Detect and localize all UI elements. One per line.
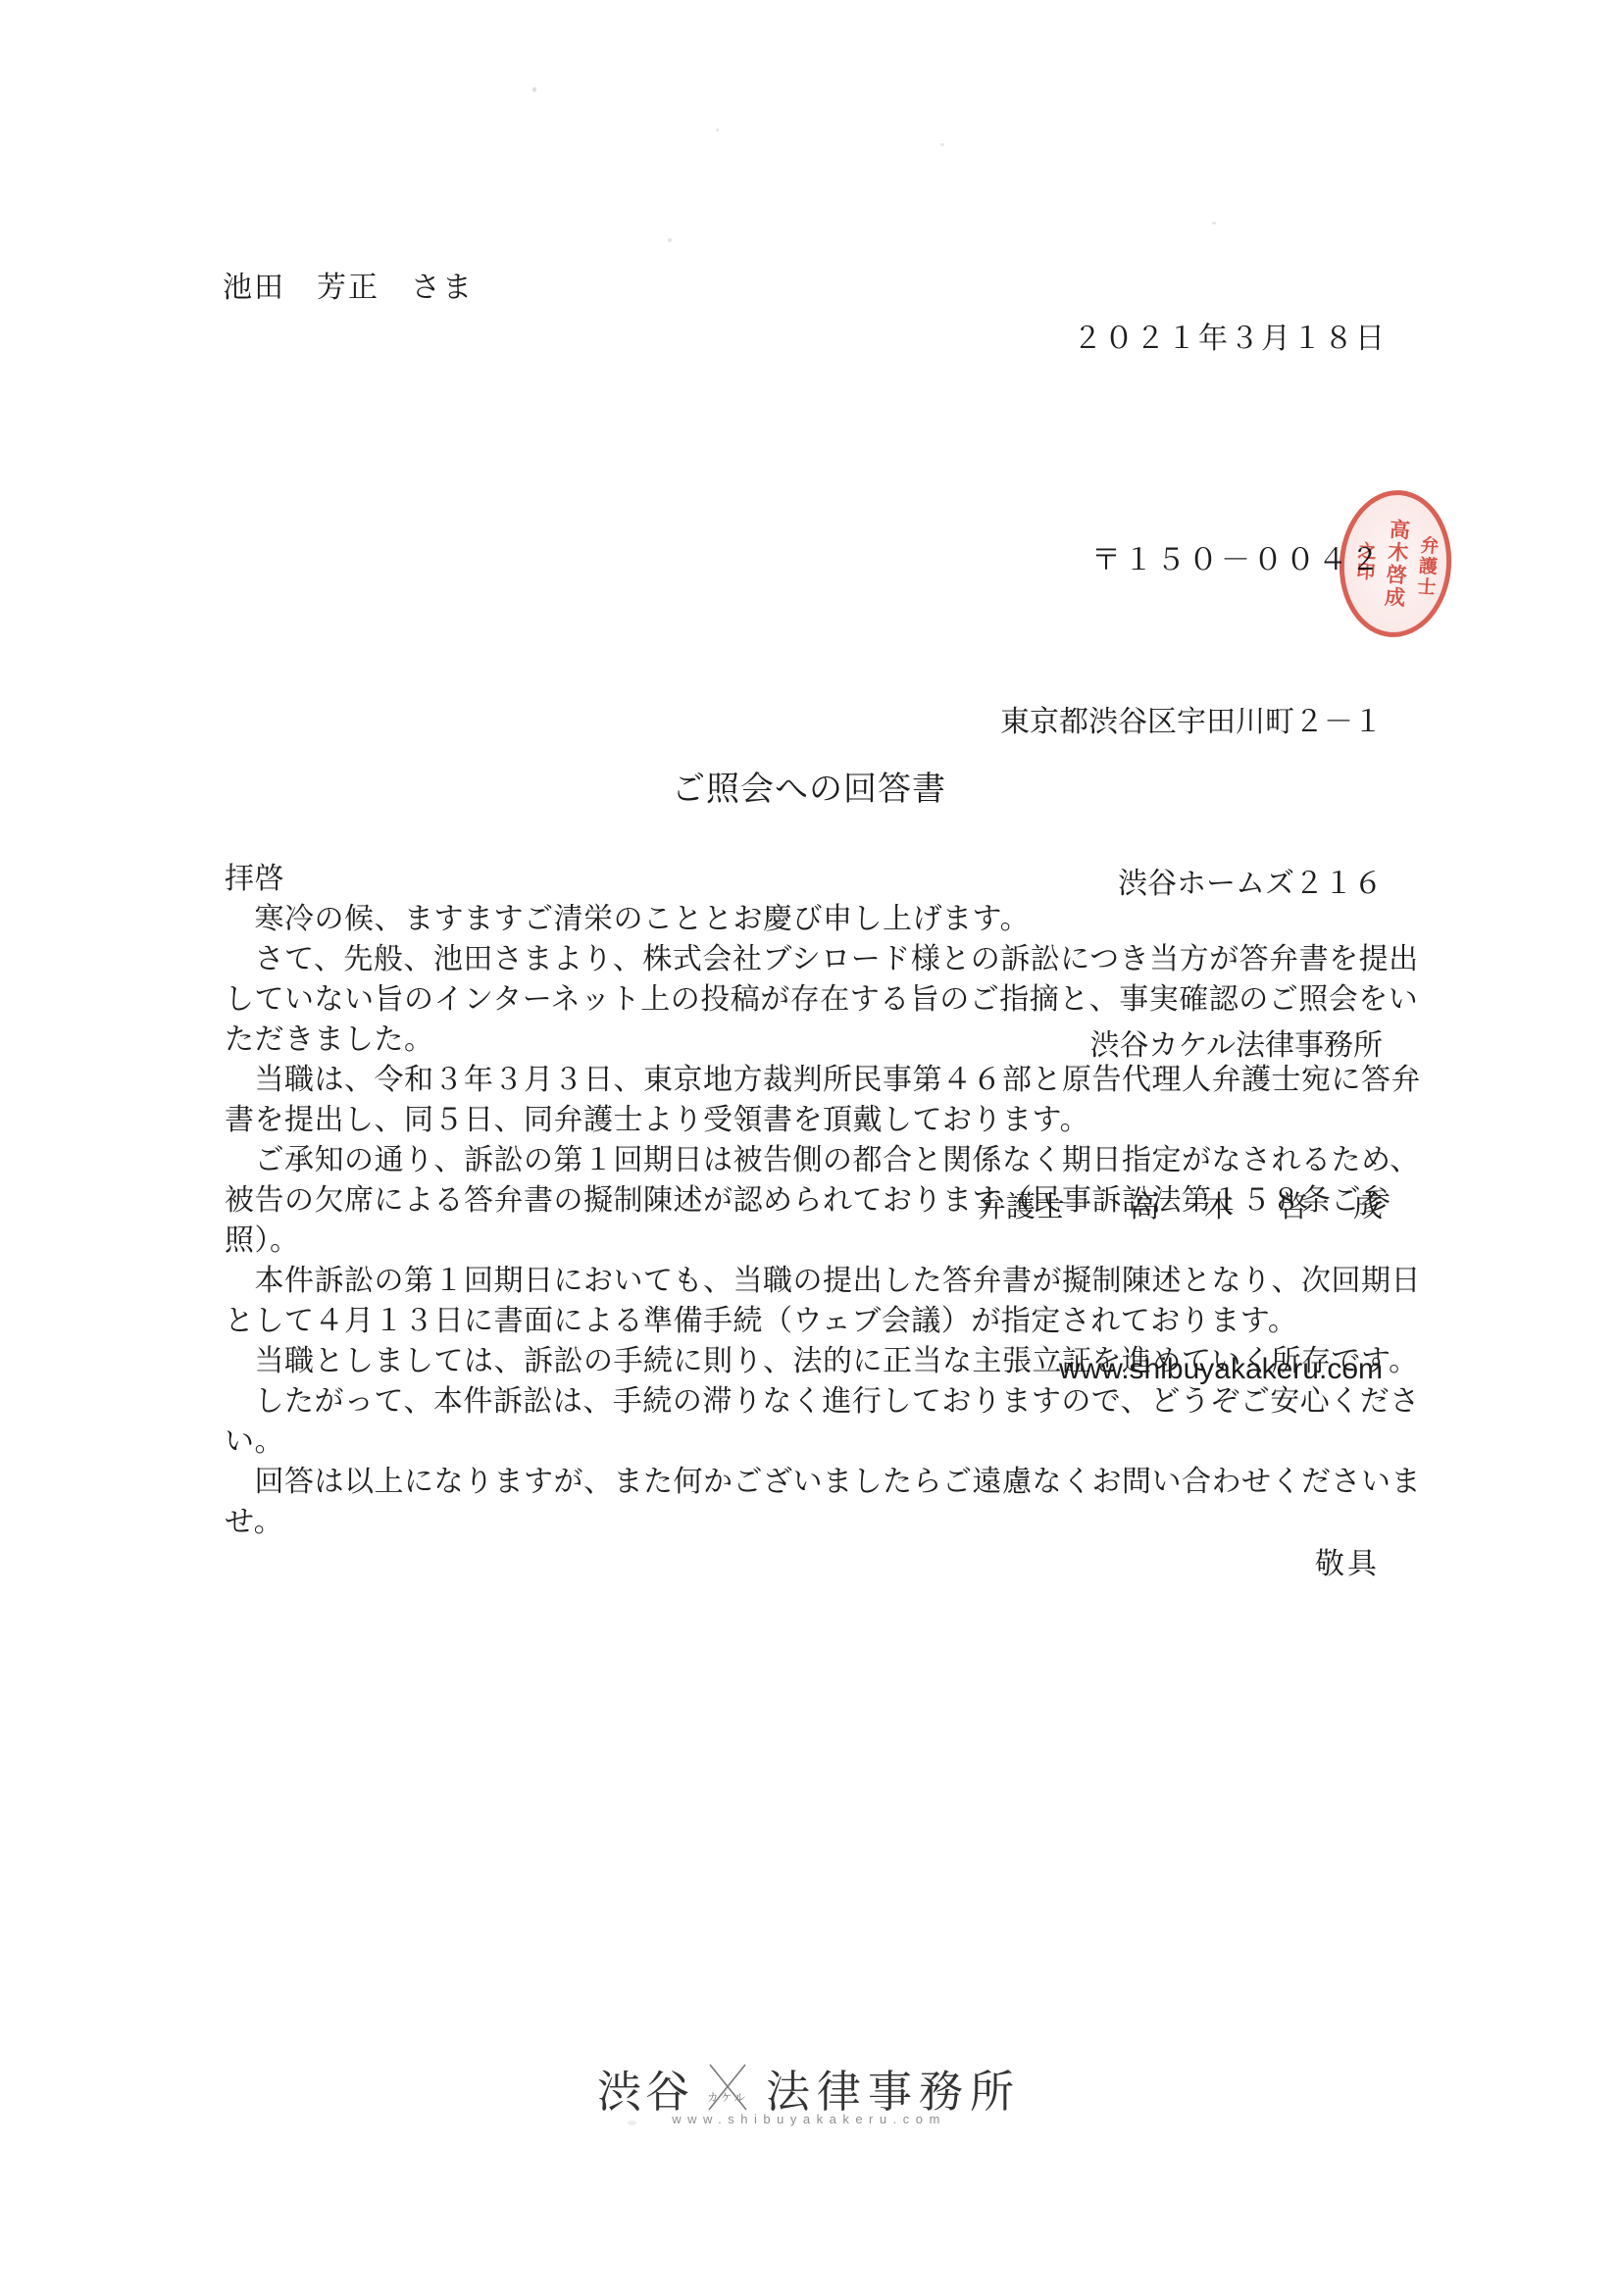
body-line: 寒冷の候、ますますご清栄のこととお慶び申し上げます。 — [225, 899, 1396, 939]
body-line: として４月１３日に書面による準備手続（ウェブ会議）が指定されております。 — [225, 1301, 1396, 1341]
scan-speck — [940, 143, 944, 146]
body-line: さて、先般、池田さまより、株式会社ブシロード様との訴訟につき当方が答弁書を提出 — [225, 939, 1396, 979]
letter-date: ２０２１年３月１８日 — [1073, 314, 1387, 357]
body-line: い。 — [225, 1422, 1396, 1462]
body-line: 照）。 — [225, 1221, 1396, 1261]
body-line: ただきました。 — [225, 1020, 1396, 1060]
law-firm-logo: 渋谷 カケル 法律事務所 — [0, 2059, 1618, 2116]
body-line: 拝啓 — [225, 859, 1396, 899]
letter-body: 拝啓 寒冷の候、ますますご清栄のこととお慶び申し上げます。 さて、先般、池田さま… — [225, 859, 1396, 1542]
seal-column: 之印 — [1350, 540, 1380, 583]
scan-speck — [1212, 222, 1216, 225]
seal-column: 高木啓成 — [1378, 518, 1413, 610]
body-line: 書を提出し、同５日、同弁護士より受領書を頂戴しております。 — [225, 1100, 1396, 1140]
sender-address-line1: 東京都渋谷区宇田川町２－１ — [977, 695, 1383, 749]
body-line: していない旨のインターネット上の投稿が存在する旨のご指摘と、事実確認のご照会をい — [225, 979, 1396, 1020]
logo-text-shibuya: 渋谷 — [597, 2056, 693, 2120]
logo-website-url: www.shibuyakakeru.com — [0, 2112, 1618, 2126]
seal-column: 弁護士 — [1411, 534, 1441, 598]
scan-speck — [716, 128, 719, 131]
body-line: ご承知の通り、訴訟の第１回期日は被告側の都合と関係なく期日指定がなされるため、 — [225, 1140, 1396, 1180]
body-line: 回答は以上になりますが、また何かございましたらご遠慮なくお問い合わせくださいま — [225, 1462, 1396, 1502]
recipient-name: 池田 芳正 さま — [223, 263, 474, 306]
closing-word: 敬具 — [1315, 1539, 1380, 1582]
scan-speck — [532, 87, 536, 92]
body-line: したがって、本件訴訟は、手続の滞りなく進行しておりますので、どうぞご安心くださ — [225, 1381, 1396, 1422]
x-cross-icon — [704, 2061, 751, 2114]
body-line: せ。 — [225, 1502, 1396, 1542]
scan-speck — [668, 238, 672, 242]
logo-kana-kakeru: カケル — [700, 2089, 755, 2105]
body-line: 被告の欠席による答弁書の擬制陳述が認められております（民事訴訟法第１５８条ご参 — [225, 1180, 1396, 1221]
body-line: 本件訴訟の第１回期日においても、当職の提出した答弁書が擬制陳述となり、次回期日 — [225, 1261, 1396, 1301]
body-line: 当職は、令和３年３月３日、東京地方裁判所民事第４６部と原告代理人弁護士宛に答弁 — [225, 1060, 1396, 1100]
logo-x-mark-icon: カケル — [704, 2061, 751, 2114]
document-title: ご照会への回答書 — [0, 762, 1618, 810]
logo-text-law-office: 法律事務所 — [762, 2056, 1021, 2120]
body-line: 当職としましては、訴訟の手続に則り、法的に正当な主張立証を進めていく所存です。 — [225, 1341, 1396, 1381]
sender-postal-code: 〒１５０－００４２ — [977, 533, 1383, 587]
scanned-letter-page: 池田 芳正 さま ２０２１年３月１８日 〒１５０－００４２ 東京都渋谷区宇田川町… — [0, 0, 1618, 2296]
